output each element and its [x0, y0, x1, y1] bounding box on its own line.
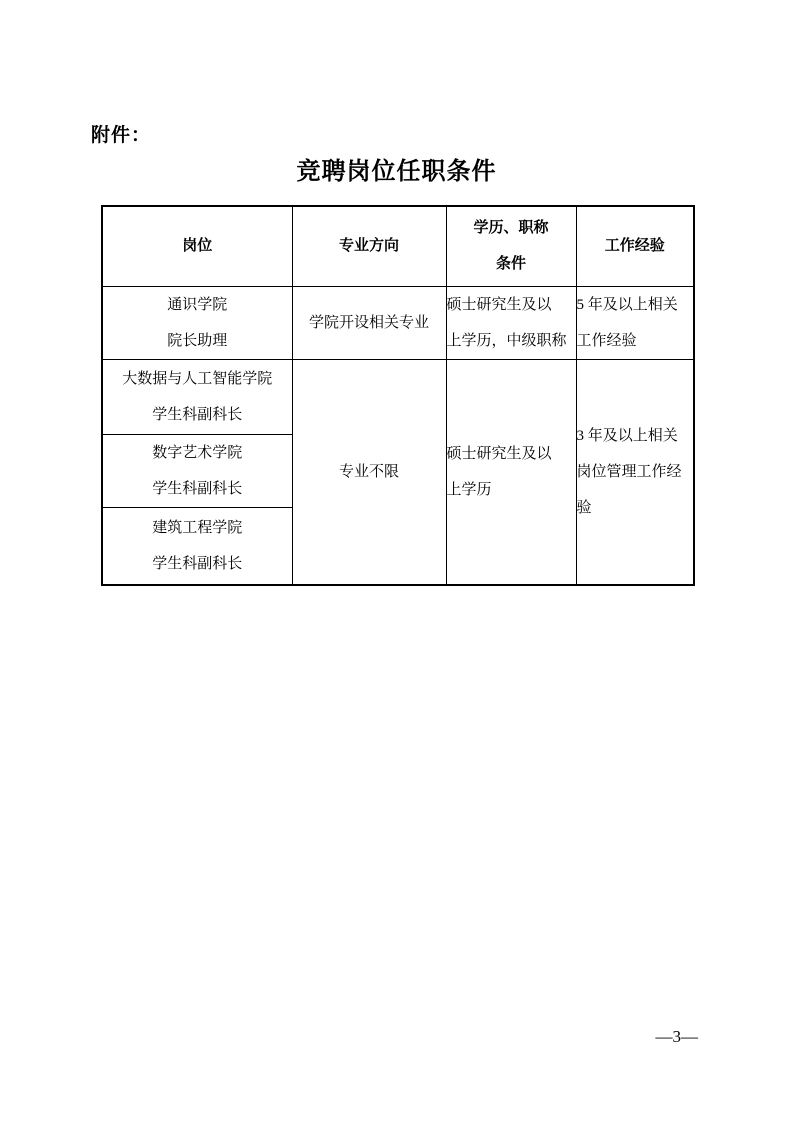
table-row: 通识学院 院长助理 学院开设相关专业 硕士研究生及以 上学历，中级职称 5 年及… [102, 286, 694, 359]
document-page: 附件： 竞聘岗位任职条件 岗位 专业方向 学历、职称 条件 工作经验 通识学院 … [0, 0, 793, 1122]
table-row: 大数据与人工智能学院 学生科副科长 专业不限 硕士研究生及以 上学历 3 年及以… [102, 359, 694, 434]
cell-position-dean-assistant: 通识学院 院长助理 [102, 286, 292, 359]
header-major: 专业方向 [292, 206, 446, 286]
header-education: 学历、职称 条件 [446, 206, 576, 286]
cell-education-group2: 硕士研究生及以 上学历 [446, 359, 576, 585]
cell-education-group1: 硕士研究生及以 上学历，中级职称 [446, 286, 576, 359]
cell-position-digital-art: 数字艺术学院 学生科副科长 [102, 434, 292, 507]
header-position: 岗位 [102, 206, 292, 286]
cell-experience-group2: 3 年及以上相关 岗位管理工作经 验 [576, 359, 694, 585]
document-title: 竞聘岗位任职条件 [0, 151, 793, 186]
header-experience: 工作经验 [576, 206, 694, 286]
attachment-label: 附件： [91, 120, 151, 147]
cell-major-group1: 学院开设相关专业 [292, 286, 446, 359]
qualifications-table: 岗位 专业方向 学历、职称 条件 工作经验 通识学院 院长助理 学院开设相关专业… [101, 205, 695, 586]
cell-major-group2: 专业不限 [292, 359, 446, 585]
page-number: —3— [656, 1027, 699, 1047]
cell-experience-group1: 5 年及以上相关 工作经验 [576, 286, 694, 359]
cell-position-bigdata: 大数据与人工智能学院 学生科副科长 [102, 359, 292, 434]
cell-position-architecture: 建筑工程学院 学生科副科长 [102, 507, 292, 585]
table-header-row: 岗位 专业方向 学历、职称 条件 工作经验 [102, 206, 694, 286]
